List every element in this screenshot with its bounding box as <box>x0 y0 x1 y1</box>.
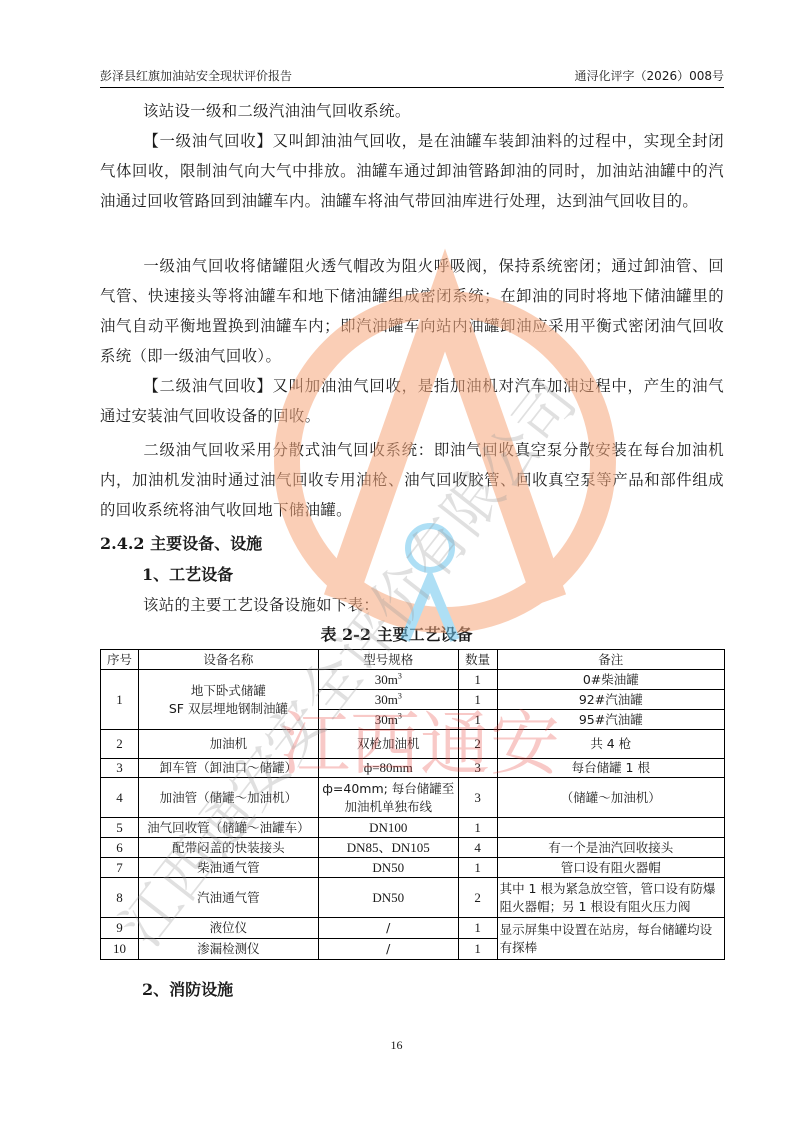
table-row: 1 地下卧式储罐 SF 双层埋地钢制油罐 30m3 1 0#柴油罐 <box>101 670 725 690</box>
table-header-row: 序号 设备名称 型号规格 数量 备注 <box>101 650 725 670</box>
header-note: 备注 <box>497 650 724 670</box>
paragraph-level2-detail: 二级油气回收采用分散式油气回收系统：即油气回收真空泵分散安装在每台加油机内，加油… <box>100 435 724 525</box>
paragraph-intro: 该站设一级和二级汽油油气回收系统。 <box>100 96 724 126</box>
table-caption: 表 2-2 主要工艺设备 <box>0 623 793 647</box>
header-name: 设备名称 <box>138 650 318 670</box>
paragraph-level2-definition: 【二级油气回收】又叫加油油气回收，是指加油机对汽车加油过程中，产生的油气通过安装… <box>100 371 724 431</box>
equipment-table: 序号 设备名称 型号规格 数量 备注 1 地下卧式储罐 SF 双层埋地钢制油罐 … <box>100 649 725 960</box>
table-row: 9 液位仪 / 1 显示屏集中设置在站房，每台储罐均设有探棒 <box>101 918 725 939</box>
section-heading: 2.4.2 主要设备、设施 <box>100 530 262 558</box>
subsection-heading-fire-facilities: 2、消防设施 <box>142 976 233 1004</box>
paragraph-level1-definition: 【一级油气回收】又叫卸油油气回收，是在油罐车装卸油料的过程中，实现全封闭气体回收… <box>100 126 724 216</box>
table-row: 4 加油管（储罐～加油机） ф=40mm; 每台储罐至 加油机单独布线 3 （储… <box>101 778 725 818</box>
report-title: 彭泽县红旗加油站安全现状评价报告 <box>100 67 292 85</box>
table-row: 7 柴油通气管 DN50 1 管口设有阻火器帽 <box>101 858 725 878</box>
header-qty: 数量 <box>458 650 497 670</box>
subsection-heading-process-equipment: 1、工艺设备 <box>142 561 233 589</box>
cell-name: 地下卧式储罐 SF 双层埋地钢制油罐 <box>138 670 318 730</box>
table-row: 3 卸车管（卸油口～储罐） ф=80mm 3 每台储罐 1 根 <box>101 759 725 778</box>
table-intro: 该站的主要工艺设备设施如下表： <box>100 590 724 620</box>
table-row: 8 汽油通气管 DN50 2 其中 1 根为紧急放空管，管口设有防爆阻火器帽；另… <box>101 878 725 918</box>
page-number: 16 <box>0 1038 793 1053</box>
header-no: 序号 <box>101 650 139 670</box>
page-header: 彭泽县红旗加油站安全现状评价报告 通浔化评字（2026）008号 <box>100 67 724 88</box>
header-spec: 型号规格 <box>318 650 458 670</box>
document-page: 彭泽县红旗加油站安全现状评价报告 通浔化评字（2026）008号 该站设一级和二… <box>0 0 793 1122</box>
report-number: 通浔化评字（2026）008号 <box>575 67 724 85</box>
table-row: 6 配带闷盖的快装接头 DN85、DN105 4 有一个是油汽回收接头 <box>101 838 725 858</box>
table-row: 2 加油机 双枪加油机 2 共 4 枪 <box>101 730 725 759</box>
paragraph-level1-detail: 一级油气回收将储罐阻火透气帽改为阻火呼吸阀，保持系统密闭；通过卸油管、回气管、快… <box>100 251 724 371</box>
table-row: 5 油气回收管（储罐～油罐车） DN100 1 <box>101 818 725 838</box>
